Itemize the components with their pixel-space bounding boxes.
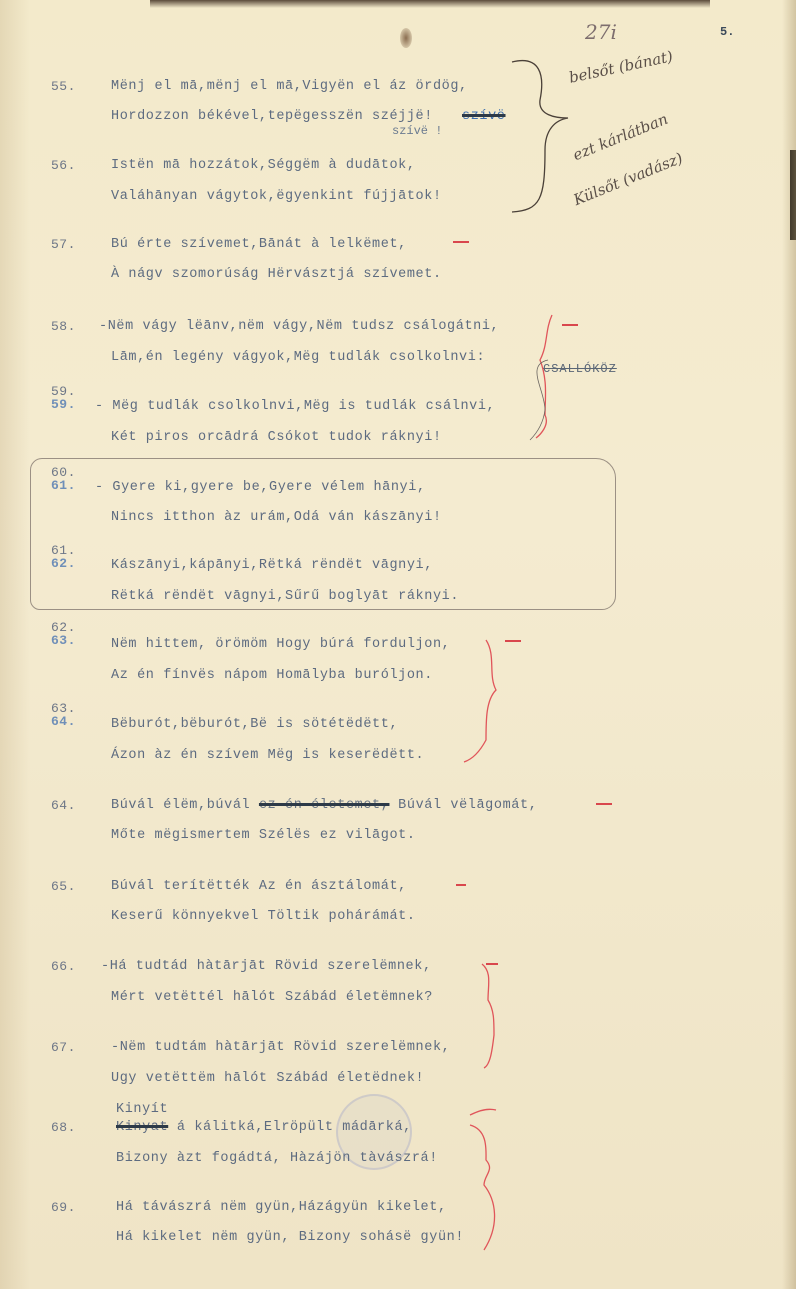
verse-67-line-1: -Nëm tudtám hàtārjāt Rövid szerelëmnek, — [111, 1040, 450, 1055]
verse-67-line-2: Ugy vetëttëm hālót Szábád életëdnek! — [111, 1071, 424, 1086]
verse-number-corrected: 63. 64. — [51, 703, 76, 729]
verse-60-line-1: - Gyere ki,gyere be,Gyere vélem hānyi, — [95, 480, 426, 495]
verse-68-line-2: Bizony àzt fogádtá, Hàzájön tàvászrá! — [116, 1151, 438, 1166]
verse-number: 58. — [51, 319, 76, 334]
verse-56-line-1: Istën mā hozzátok,Séggëm à dudātok, — [111, 158, 416, 173]
verse-59-line-1: - Mëg tudlák csolkolnvi,Mëg is tudlák cs… — [95, 399, 495, 414]
red-mark-57 — [453, 241, 469, 243]
verse-number-corrected: 62. 63. — [51, 622, 76, 648]
verse-68-line-1: Kinyat á kálitká,Elröpült mádārká, — [116, 1120, 412, 1135]
verse-62-line-2: Az én fínvës nápom Homālyba buróljon. — [111, 668, 433, 683]
verse-65-line-1: Búvál terítëtték Az én ásztálomát, — [111, 879, 407, 894]
verse-number: 67. — [51, 1040, 76, 1055]
red-mark-58 — [562, 324, 578, 326]
verse-55-line-2: Hordozzon békével,tepëgesszën széjjë! — [111, 109, 433, 124]
verse-number: 68. — [51, 1120, 76, 1135]
verse-63-line-1: Bëburót,bëburót,Bë is sötétëdëtt, — [111, 717, 398, 732]
red-mark-65 — [456, 884, 466, 886]
verse-68-interlinear: Kinyít — [116, 1102, 168, 1117]
verse-57-line-2: À nágv szomorúság Hërvásztjá szívemet. — [111, 267, 442, 282]
verse-63-line-2: Ázon àz én szívem Mëg is keserëdëtt. — [111, 748, 424, 763]
verse-number-corrected: 60. 61. — [51, 467, 76, 493]
verse-57-line-1: Bú érte szívemet,Bānát à lelkëmet, — [111, 237, 407, 252]
verse-55-line-1: Mënj el mā,mënj el mā,Vigyën el áz ördög… — [111, 79, 468, 94]
verse-69-line-2: Há kikelet nëm gyün, Bizony sohásë gyün! — [116, 1230, 464, 1245]
verse-number: 69. — [51, 1200, 76, 1215]
verse-number: 65. — [51, 879, 76, 894]
verse-58-line-1: -Nëm vágy lëānv,nëm vágy,Nëm tudsz csálo… — [99, 319, 499, 334]
verse-69-line-1: Há távászrá nëm gyün,Házágyün kikelet, — [116, 1200, 447, 1215]
manuscript-page: 27i 5. belsőt (bánat) ezt kárlátban Küls… — [0, 0, 796, 1289]
red-mark-64 — [596, 803, 612, 805]
verse-59-line-2: Két piros orcādrá Csókot tudok ráknyi! — [111, 430, 442, 445]
red-mark-66 — [486, 963, 498, 965]
verse-55-interlinear: szívë ! — [392, 124, 442, 138]
verse-number: 57. — [51, 237, 76, 252]
verse-number-corrected: 59. 59. — [51, 386, 76, 412]
red-mark-62 — [505, 640, 521, 642]
verse-61-line-2: Rëtká rëndët vāgnyi,Sűrű boglyāt ráknyi. — [111, 589, 459, 604]
scan-right-edge — [790, 150, 796, 240]
verse-number: 56. — [51, 158, 76, 173]
verse-number: 66. — [51, 959, 76, 974]
verse-58-line-2: Lām,én legény vágyok,Mëg tudlák csolkoln… — [111, 350, 485, 365]
verse-number: 64. — [51, 798, 76, 813]
verse-number: 55. — [51, 79, 76, 94]
verse-number-corrected: 61. 62. — [51, 545, 76, 571]
verse-64-line-1: Búvál élëm,búvál ez én életemet, Búvál v… — [111, 798, 537, 813]
verse-64-line-2: Mőte mëgismertem Szélës ez vilāgot. — [111, 828, 416, 843]
verse-66-line-2: Mért vetëttél hālót Szábád életëmnek? — [111, 990, 433, 1005]
verse-56-line-2: Valáhānyan vágytok,ëgyenkint fújjātok! — [111, 189, 442, 204]
verse-61-line-1: Kászānyi,kápānyi,Rëtká rëndët vāgnyi, — [111, 558, 433, 573]
verse-62-line-1: Nëm hittem, örömöm Hogy búrá forduljon, — [111, 637, 450, 652]
verse-66-line-1: -Há tudtád hàtārjāt Rövid szerelëmnek, — [101, 959, 432, 974]
verse-55-struck: szívë — [462, 109, 506, 124]
verse-60-line-2: Nincs itthon àz urám,Odá ván kászānyi! — [111, 510, 442, 525]
verse-65-line-2: Keserű könnyekvel Töltik pohárámát. — [111, 909, 416, 924]
